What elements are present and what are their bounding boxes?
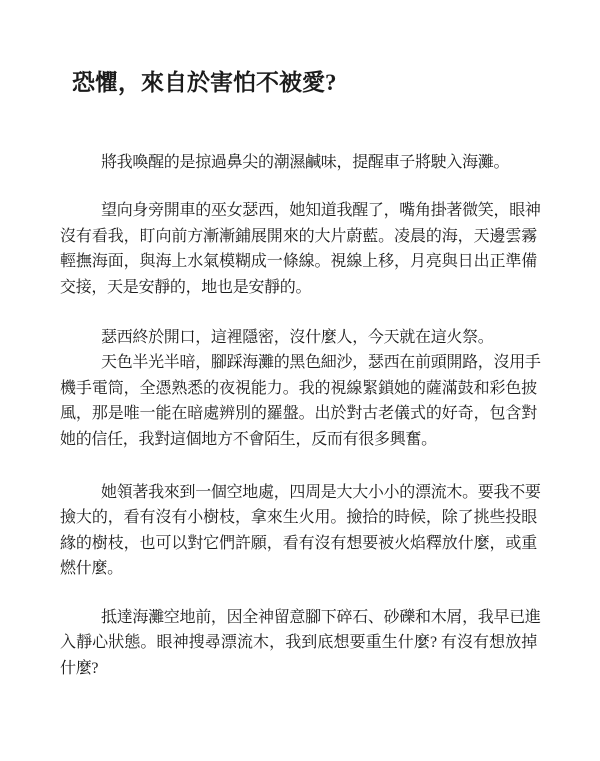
text-line: 撿大的，看有沒有小樹枝，拿來生火用。撿拾的時候，除了挑些投眼 — [60, 505, 537, 530]
page-title: 恐懼，來自於害怕不被愛? — [0, 0, 600, 95]
paragraph-4: 天色半光半暗，腳踩海灘的黑色細沙，瑟西在前頭開路，沒用手 機手電筒，全憑熟悉的夜… — [60, 350, 537, 452]
paragraph-6: 抵達海灘空地前，因全神留意腳下碎石、砂礫和木屑，我早已進 入靜心狀態。眼神搜尋漂… — [60, 605, 537, 681]
text-line: 將我喚醒的是掠過鼻尖的潮濕鹹味，提醒車子將駛入海灘。 — [60, 150, 537, 175]
text-line: 輕撫海面，與海上水氣模糊成一條線。視線上移，月亮與日出正準備 — [60, 249, 537, 274]
text-line: 瑟西終於開口，這裡隱密，沒什麼人，今天就在這火祭。 — [60, 325, 537, 350]
document-page: 恐懼，來自於害怕不被愛? 將我喚醒的是掠過鼻尖的潮濕鹹味，提醒車子將駛入海灘。 … — [0, 0, 600, 761]
text-line: 望向身旁開車的巫女瑟西，她知道我醒了，嘴角掛著微笑，眼神 — [60, 198, 537, 223]
paragraph-5: 她領著我來到一個空地處，四周是大大小小的漂流木。要我不要 撿大的，看有沒有小樹枝… — [60, 480, 537, 582]
text-line: 沒有看我，盯向前方漸漸鋪展開來的大片蔚藍。凌晨的海，天邊雲霧 — [60, 224, 537, 249]
text-line: 她的信任，我對這個地方不會陌生，反而有很多興奮。 — [60, 427, 537, 452]
article-body: 將我喚醒的是掠過鼻尖的潮濕鹹味，提醒車子將駛入海灘。 望向身旁開車的巫女瑟西，她… — [60, 150, 537, 681]
paragraph-3: 瑟西終於開口，這裡隱密，沒什麼人，今天就在這火祭。 — [60, 325, 537, 350]
text-line: 什麼? — [60, 656, 537, 681]
text-line: 天色半光半暗，腳踩海灘的黑色細沙，瑟西在前頭開路，沒用手 — [60, 350, 537, 375]
text-line: 燃什麼。 — [60, 556, 537, 581]
paragraph-1: 將我喚醒的是掠過鼻尖的潮濕鹹味，提醒車子將駛入海灘。 — [60, 150, 537, 175]
text-line: 入靜心狀態。眼神搜尋漂流木，我到底想要重生什麼? 有沒有想放掉 — [60, 630, 537, 655]
paragraph-2: 望向身旁開車的巫女瑟西，她知道我醒了，嘴角掛著微笑，眼神 沒有看我，盯向前方漸漸… — [60, 198, 537, 300]
text-line: 她領著我來到一個空地處，四周是大大小小的漂流木。要我不要 — [60, 480, 537, 505]
text-line: 交接，天是安靜的，地也是安靜的。 — [60, 275, 537, 300]
text-line: 風，那是唯一能在暗處辨別的羅盤。出於對古老儀式的好奇，包含對 — [60, 401, 537, 426]
text-line: 機手電筒，全憑熟悉的夜視能力。我的視線緊鎖她的薩滿鼓和彩色披 — [60, 376, 537, 401]
text-line: 緣的樹枝，也可以對它們許願，看有沒有想要被火焰釋放什麼，或重 — [60, 531, 537, 556]
text-line: 抵達海灘空地前，因全神留意腳下碎石、砂礫和木屑，我早已進 — [60, 605, 537, 630]
